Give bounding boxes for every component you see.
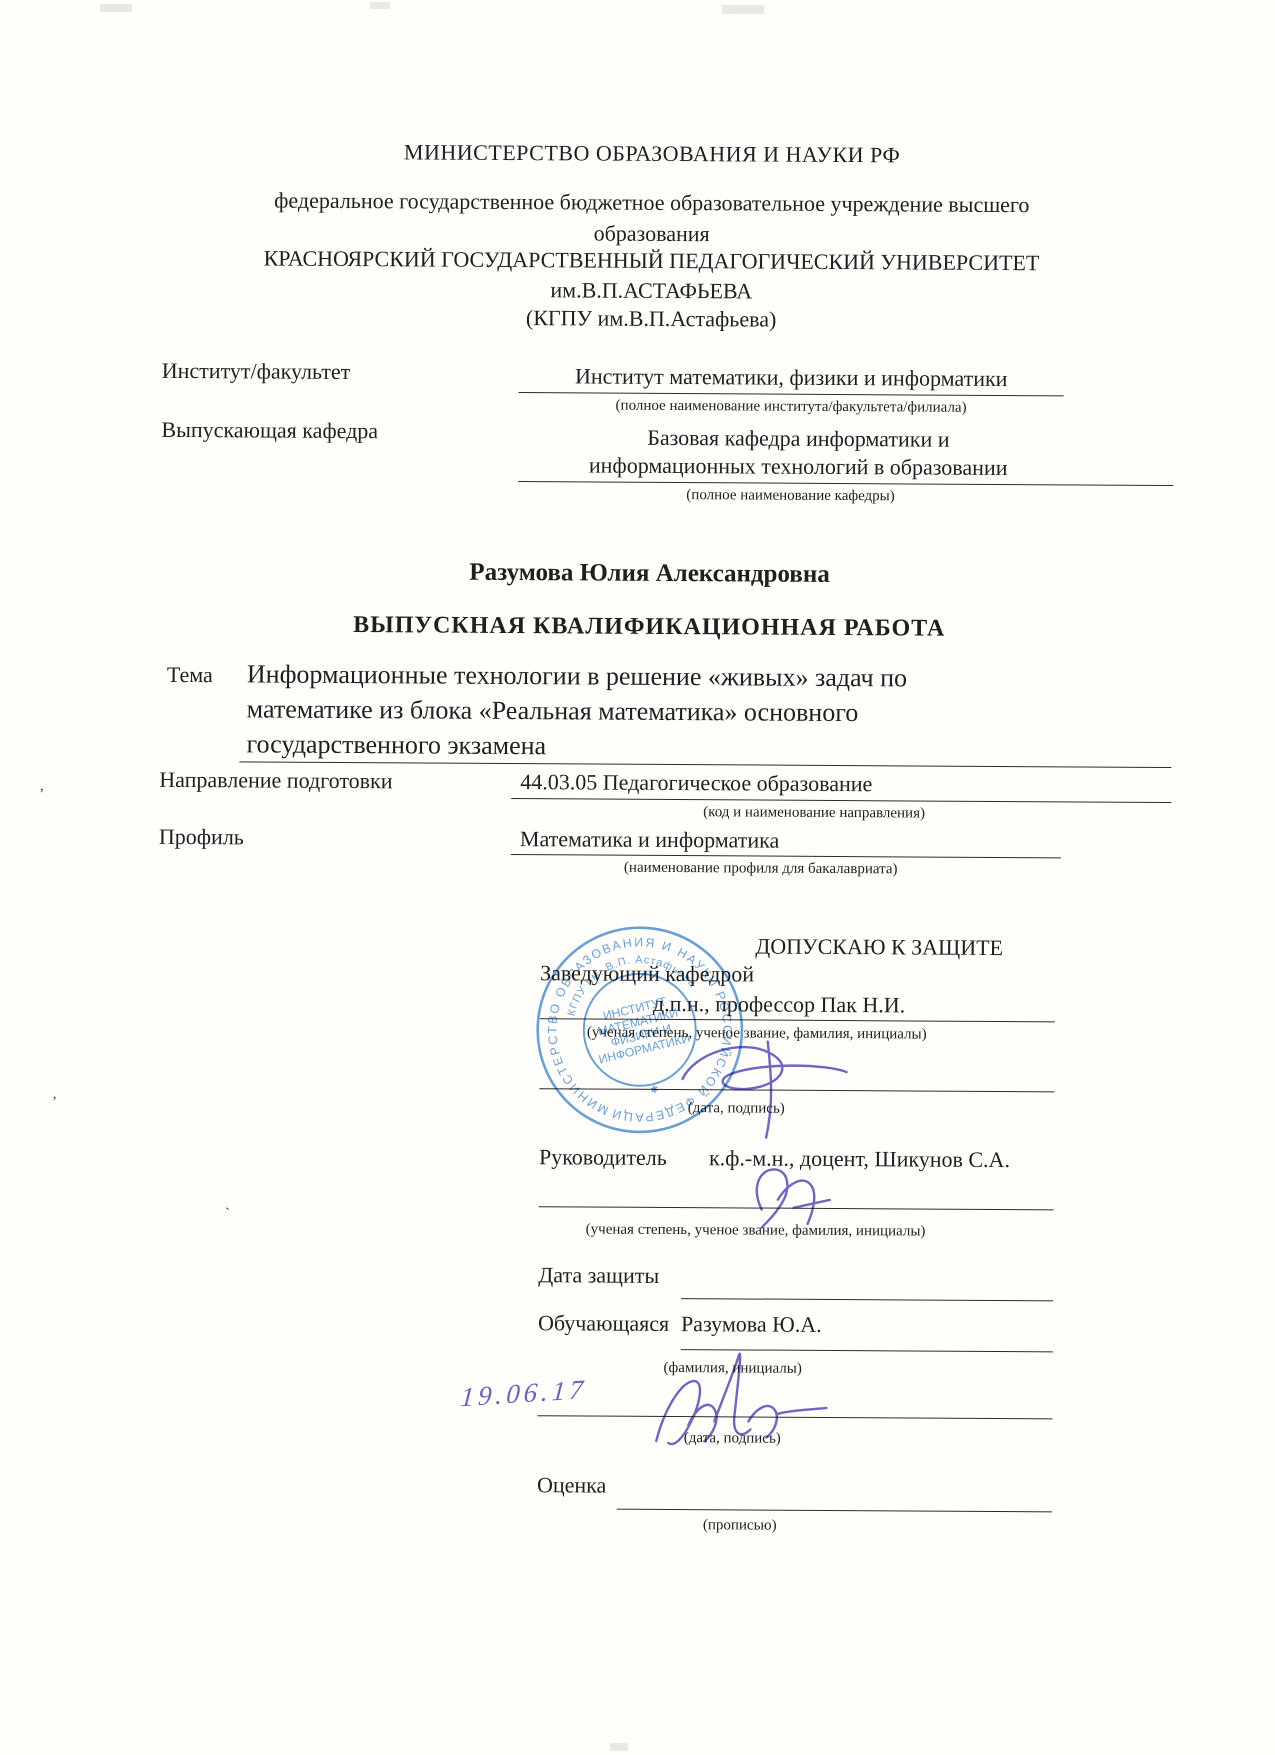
institute-label: Институт/факультет	[162, 358, 351, 386]
grade-caption: (прописью)	[490, 1515, 990, 1536]
department-value-line1: Базовая кафедра информатики и	[518, 424, 1078, 454]
work-type-title: ВЫПУСКНАЯ КВАЛИФИКАЦИОННАЯ РАБОТА	[27, 609, 1271, 645]
supervisor-signature	[757, 1169, 830, 1228]
topic-line3: государственного экзамена	[246, 728, 546, 761]
document-page: , ’ ` МИНИСТЕРСТВО ОБРАЗОВАНИЯ И НАУКИ Р…	[0, 0, 1275, 1755]
topic-line1: Информационные технологии в решение «жив…	[247, 658, 907, 693]
university-short-name-line: (КГПУ им.В.П.Астафьева)	[29, 302, 1273, 336]
direction-value: 44.03.05 Педагогическое образование	[520, 769, 872, 798]
profile-value: Математика и информатика	[520, 826, 779, 854]
topic-line2: математике из блока «Реальная математика…	[247, 693, 859, 728]
scanned-title-page: МИНИСТЕРСТВО ОБРАЗОВАНИЯ И НАУКИ РФ феде…	[0, 0, 1275, 1755]
ink-signatures-layer	[422, 1019, 1095, 1473]
grade-label: Оценка	[537, 1472, 606, 1499]
department-label: Выпускающая кафедра	[161, 417, 378, 445]
ministry-line: МИНИСТЕРСТВО ОБРАЗОВАНИЯ И НАУКИ РФ	[30, 137, 1274, 171]
institute-caption: (полное наименование института/факультет…	[539, 396, 1044, 417]
student-signature	[656, 1353, 827, 1445]
institute-value: Институт математики, физики и информатик…	[519, 363, 1064, 393]
topic-underline	[239, 761, 1171, 768]
profile-label: Профиль	[159, 824, 244, 851]
grade-line	[617, 1509, 1052, 1513]
direction-caption: (код и наименование направления)	[564, 802, 1064, 823]
direction-label: Направление подготовки	[159, 767, 392, 795]
topic-label: Тема	[167, 662, 213, 689]
admit-to-defense-text: ДОПУСКАЮ К ЗАЩИТЕ	[755, 934, 1003, 962]
department-caption: (полное наименование кафедры)	[538, 485, 1043, 506]
institution-type-line1: федеральное государственное бюджетное об…	[30, 186, 1274, 220]
author-name: Разумова Юлия Александровна	[27, 555, 1271, 593]
head-signature	[682, 1041, 847, 1138]
department-value-line2: информационных технологий в образовании	[518, 452, 1078, 482]
profile-caption: (наименование профиля для бакалавриата)	[511, 858, 1011, 879]
